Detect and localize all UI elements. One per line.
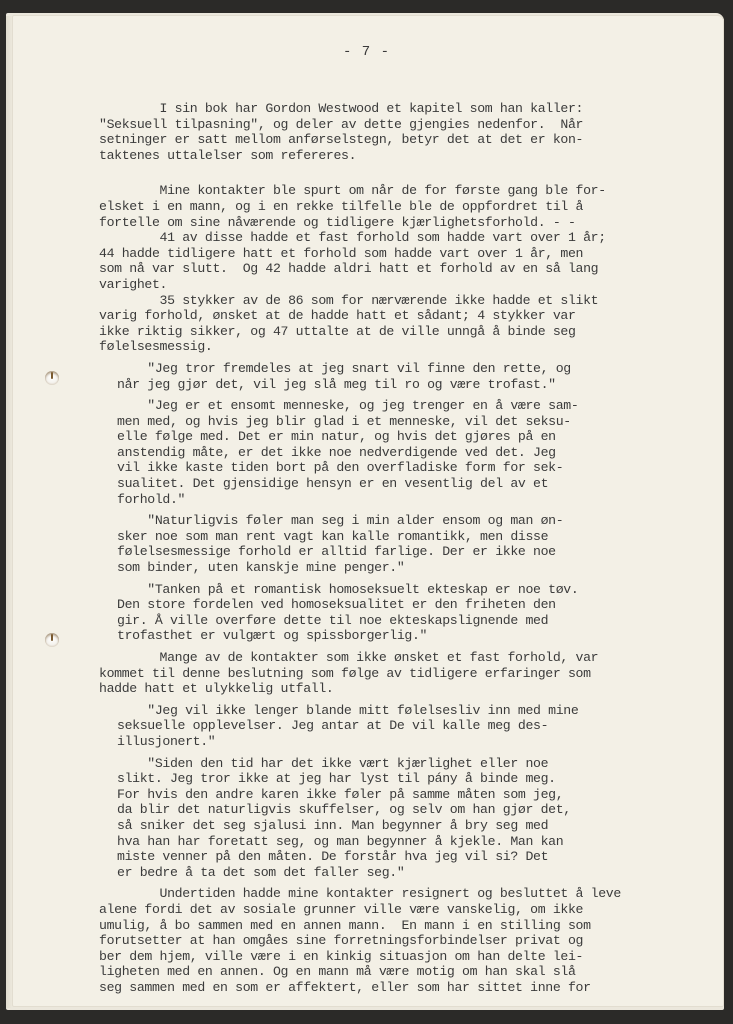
text-line: seg sammen med en som er affektert, elle… bbox=[99, 980, 659, 996]
text-line: trofasthet er vulgært og spissborgerlig.… bbox=[117, 628, 659, 644]
quotation-paragraph: "Jeg er et ensomt menneske, og jeg treng… bbox=[117, 398, 659, 507]
text-line: 35 stykker av de 86 som for nærværende i… bbox=[99, 293, 659, 309]
text-line: taktenes uttalelser som refereres. bbox=[99, 148, 659, 164]
body-paragraph: Undertiden hadde mine kontakter resigner… bbox=[99, 886, 659, 995]
text-line: Undertiden hadde mine kontakter resigner… bbox=[99, 886, 659, 902]
body-paragraph: Mange av de kontakter som ikke ønsket et… bbox=[99, 650, 659, 697]
document-body: I sin bok har Gordon Westwood et kapitel… bbox=[99, 101, 659, 995]
quotation-paragraph: "Jeg tror fremdeles at jeg snart vil fin… bbox=[117, 361, 659, 392]
text-line: 44 hadde tidligere hatt et forhold som h… bbox=[99, 246, 659, 262]
text-line: I sin bok har Gordon Westwood et kapitel… bbox=[99, 101, 659, 117]
text-line: elle følge med. Det er min natur, og hvi… bbox=[117, 429, 659, 445]
quotation-paragraph: "Siden den tid har det ikke vært kjærlig… bbox=[117, 756, 659, 881]
text-line: setninger er satt mellom anførselstegn, … bbox=[99, 132, 659, 148]
body-paragraph: I sin bok har Gordon Westwood et kapitel… bbox=[99, 101, 659, 163]
text-line: elsket i en mann, og i en rekke tilfelle… bbox=[99, 199, 659, 215]
text-line: følelsesmessig. bbox=[99, 339, 659, 355]
text-line: forhold." bbox=[117, 492, 659, 508]
quotation-paragraph: "Tanken på et romantisk homoseksuelt ekt… bbox=[117, 582, 659, 644]
text-line: miste venner på den måten. De forstår hv… bbox=[117, 849, 659, 865]
body-paragraph: 41 av disse hadde et fast forhold som ha… bbox=[99, 230, 659, 292]
body-paragraph: Mine kontakter ble spurt om når de for f… bbox=[99, 183, 659, 230]
text-line: "Jeg er et ensomt menneske, og jeg treng… bbox=[117, 398, 659, 414]
quotation-paragraph: "Jeg vil ikke lenger blande mitt følelse… bbox=[117, 703, 659, 750]
text-line: anstendig måte, er det ikke noe nedverdi… bbox=[117, 445, 659, 461]
text-line: fortelle om sine nåværende og tidligere … bbox=[99, 215, 659, 231]
quotation-paragraph: "Naturligvis føler man seg i min alder e… bbox=[117, 513, 659, 575]
text-line: Den store fordelen ved homoseksualitet e… bbox=[117, 597, 659, 613]
text-line: ligheten med en annen. Og en mann må vær… bbox=[99, 964, 659, 980]
body-paragraph: 35 stykker av de 86 som for nærværende i… bbox=[99, 293, 659, 355]
text-line: når jeg gjør det, vil jeg slå meg til ro… bbox=[117, 377, 659, 393]
text-line: gir. Å ville overføre dette til noe ekte… bbox=[117, 613, 659, 629]
text-line: sker noe som man rent vagt kan kalle rom… bbox=[117, 529, 659, 545]
text-line: "Jeg vil ikke lenger blande mitt følelse… bbox=[117, 703, 659, 719]
text-line: illusjonert." bbox=[117, 734, 659, 750]
text-line: varighet. bbox=[99, 277, 659, 293]
text-line: "Jeg tror fremdeles at jeg snart vil fin… bbox=[117, 361, 659, 377]
text-line: som nå var slutt. Og 42 hadde aldri hatt… bbox=[99, 261, 659, 277]
page-number: - 7 - bbox=[0, 44, 733, 60]
text-line: kommet til denne beslutning som følge av… bbox=[99, 666, 659, 682]
text-line: 41 av disse hadde et fast forhold som ha… bbox=[99, 230, 659, 246]
text-line: vil ikke kaste tiden bort på den overfla… bbox=[117, 460, 659, 476]
text-line: Mine kontakter ble spurt om når de for f… bbox=[99, 183, 659, 199]
text-line: "Siden den tid har det ikke vært kjærlig… bbox=[117, 756, 659, 772]
text-line: Mange av de kontakter som ikke ønsket et… bbox=[99, 650, 659, 666]
text-line: så sniker det seg sjalusi inn. Man begyn… bbox=[117, 818, 659, 834]
text-line: umulig, å bo sammen med en annen mann. E… bbox=[99, 918, 659, 934]
text-line: slikt. Jeg tror ikke at jeg har lyst til… bbox=[117, 771, 659, 787]
text-line: "Naturligvis føler man seg i min alder e… bbox=[117, 513, 659, 529]
text-line: følelsesmessige forhold er alltid farlig… bbox=[117, 544, 659, 560]
text-line: seksuelle opplevelser. Jeg antar at De v… bbox=[117, 718, 659, 734]
text-line: "Tanken på et romantisk homoseksuelt ekt… bbox=[117, 582, 659, 598]
text-line: da blir det naturligvis skuffelser, og s… bbox=[117, 802, 659, 818]
text-line: ikke riktig sikker, og 47 uttalte at de … bbox=[99, 324, 659, 340]
text-line: forutsetter at han omgåes sine forretnin… bbox=[99, 933, 659, 949]
text-line: alene fordi det av sosiale grunner ville… bbox=[99, 902, 659, 918]
punch-hole-icon bbox=[45, 371, 59, 385]
text-line: hadde hatt et ulykkelig utfall. bbox=[99, 681, 659, 697]
text-line: sualitet. Det gjensidige hensyn er en ve… bbox=[117, 476, 659, 492]
text-line: varig forhold, ønsket at de hadde hatt e… bbox=[99, 308, 659, 324]
text-line: er bedre å ta det som det faller seg." bbox=[117, 865, 659, 881]
scanned-document: - 7 - I sin bok har Gordon Westwood et k… bbox=[0, 0, 733, 1024]
text-line: ber dem hjem, ville være i en kinkig sit… bbox=[99, 949, 659, 965]
text-line: men med, og hvis jeg blir glad i et menn… bbox=[117, 414, 659, 430]
text-line: som binder, uten kanskje mine penger." bbox=[117, 560, 659, 576]
text-line: hva han har foretatt seg, og man begynne… bbox=[117, 834, 659, 850]
text-line: "Seksuell tilpasning", og deler av dette… bbox=[99, 117, 659, 133]
punch-hole-icon bbox=[45, 633, 59, 647]
text-line: For hvis den andre karen ikke føler på s… bbox=[117, 787, 659, 803]
